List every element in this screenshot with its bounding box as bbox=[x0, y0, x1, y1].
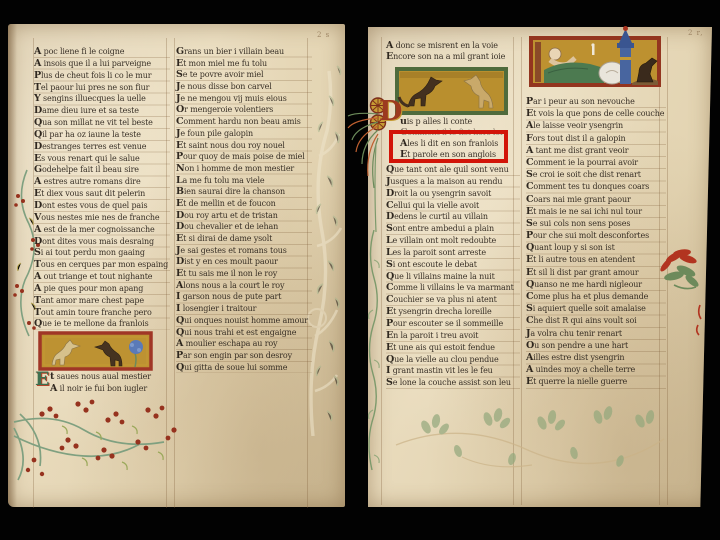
left-page-column-1-bottom: t saues nous aual mestierA il noir ie fu… bbox=[50, 371, 172, 395]
verse-line: Tout amin toure franche pero bbox=[34, 307, 170, 319]
verse-line: Se sui cols non sens poses bbox=[526, 218, 666, 230]
verse-line: A est de la mer cognoissanche bbox=[34, 224, 170, 236]
verse-line: Et une ais qui estoit fendue bbox=[386, 342, 520, 354]
verse-line: Qua son millat ne vit tel beste bbox=[34, 117, 170, 129]
verse-line: Je ne mengou vij muis eious bbox=[176, 93, 312, 105]
verse-line: A poc liene fi le coigne bbox=[34, 46, 170, 58]
verse-line: Non i homme de mon mestier bbox=[176, 163, 312, 175]
verse-line: Si ai tout perdu mon gaaing bbox=[34, 247, 170, 259]
bottom-garland bbox=[392, 405, 668, 477]
verse-line: Couchier se va plus ni atent bbox=[386, 294, 520, 306]
verse-line: Que tant ont ale quil sont venu bbox=[386, 164, 520, 176]
verse-line: Je nous disse bon carvel bbox=[176, 81, 312, 93]
verse-line: A moulier eschapa au roy bbox=[176, 338, 312, 350]
margin-vine-right-page bbox=[366, 230, 382, 480]
verse-line: Et de mellin et de foucon bbox=[176, 198, 312, 210]
verse-line: Quant loup y si son ist bbox=[526, 242, 666, 254]
verse-line: Que la vielle au clou pendue bbox=[386, 354, 520, 366]
pen-flourish-fan bbox=[346, 104, 380, 234]
verse-line: A out triange et tout nighante bbox=[34, 271, 170, 283]
verse-line: Et sil li dist par grant amour bbox=[526, 267, 666, 279]
verse-line: Par son engin par son desroy bbox=[176, 350, 312, 362]
left-page-column-1: A poc liene fi le coigneA insois que il … bbox=[34, 46, 170, 330]
verse-line: t saues nous aual mestier bbox=[50, 371, 172, 383]
verse-line: Encore son na a mil grant ioie bbox=[386, 51, 518, 62]
verse-line: Tel paour lui pres ne son fiur bbox=[34, 82, 170, 94]
verse-line: uis p alles li conte bbox=[400, 116, 518, 127]
verse-line: Plus de cheut fois li co le mur bbox=[34, 70, 170, 82]
verse-line: Et mais ie ne sai ichi nul tour bbox=[526, 206, 666, 218]
right-edge-flower-ornament bbox=[652, 243, 708, 338]
verse-line: Et ysengrin drecha loreille bbox=[386, 306, 520, 318]
verse-line: Quanso ne me hardi nigleour bbox=[526, 279, 666, 291]
verse-line: Che dist R qui ains voult soi bbox=[526, 315, 666, 327]
verse-line: Si ont escoute le debat bbox=[386, 259, 520, 271]
verse-line: Et si dirai de dame ysolt bbox=[176, 233, 312, 245]
verse-line: Et saint nous dou roy nouel bbox=[176, 140, 312, 152]
verse-line: Ailles estre dist ysengrin bbox=[526, 352, 666, 364]
verse-line: Par i peur au son nevouche bbox=[526, 96, 666, 108]
verse-line: Ja volra chu tenir renart bbox=[526, 328, 666, 340]
verse-line: Les la paroit sont arreste bbox=[386, 247, 520, 259]
verse-line: I losengier i traitour bbox=[176, 303, 312, 315]
verse-line: Bien saurai dire la chanson bbox=[176, 186, 312, 198]
verse-line: Qui nous trahi et est engaigne bbox=[176, 327, 312, 339]
miniature-man-in-bed-with-wolf bbox=[528, 26, 662, 88]
verse-line: Qil par ha oz iaune la teste bbox=[34, 129, 170, 141]
verse-line: Pour escouter se il sommeille bbox=[386, 318, 520, 330]
verse-line: Sont entre ambedui a plain bbox=[386, 223, 520, 235]
verse-line: Vous nestes mie nes de franche bbox=[34, 212, 170, 224]
verse-line: Come plus ha et plus demande bbox=[526, 291, 666, 303]
verse-line: Se te povre avoir miel bbox=[176, 69, 312, 81]
verse-line: Et mon miel me fu tolu bbox=[176, 58, 312, 70]
miniature-fox-and-wolf-with-blue-tree bbox=[38, 331, 153, 371]
verse-line: Pour quoy de mais poise de miel bbox=[176, 151, 312, 163]
verse-line: Dedens le curtil au villain bbox=[386, 211, 520, 223]
right-page-column-1-header: A donc se misrent en la voieEncore son n… bbox=[386, 40, 518, 63]
verse-line: Or mengeroie volentiers bbox=[176, 104, 312, 116]
verse-line: Dou chevalier et de iehan bbox=[176, 221, 312, 233]
decorated-initial-d: D bbox=[379, 97, 402, 127]
verse-line: Comment hardu non beau amis bbox=[176, 116, 312, 128]
verse-line: Droit la ou ysengrin savoit bbox=[386, 188, 520, 200]
right-page-column-1: Que tant ont ale quil sont venuJusques a… bbox=[386, 164, 520, 389]
verse-line: Je sai gestes et romans tous bbox=[176, 245, 312, 257]
verse-line: Cellui qui la vielle avoit bbox=[386, 200, 520, 212]
verse-line: Se croi ie soit che dist renart bbox=[526, 169, 666, 181]
verse-line: Ale laisse veoir ysengrin bbox=[526, 120, 666, 132]
verse-line: A pie ques pour mon apang bbox=[34, 283, 170, 295]
verse-line: Es vous renart qui le salue bbox=[34, 153, 170, 165]
right-page-column-2: Par i peur au son nevoucheEt vois la que… bbox=[526, 96, 666, 389]
verse-line: Jusques a la maison au rendu bbox=[386, 176, 520, 188]
verse-line: Dist y en ces moult paour bbox=[176, 256, 312, 268]
verse-line: Y sengins illuecques la uelle bbox=[34, 93, 170, 105]
slide-background: 2 s bbox=[0, 0, 720, 540]
verse-line: Grans un bier i villain beau bbox=[176, 46, 312, 58]
verse-line: Que ie te mellone da franlois bbox=[34, 318, 170, 330]
verse-line: A il noir ie fui bon iugler bbox=[50, 383, 172, 395]
verse-line: Et querre la nielle guerre bbox=[526, 376, 666, 388]
verse-line: Tant amor mare chest pape bbox=[34, 295, 170, 307]
verse-line: A donc se misrent en la voie bbox=[386, 40, 518, 51]
verse-line: Comment tes tu donques coars bbox=[526, 181, 666, 193]
verse-line: I grant mastin vit les le feu bbox=[386, 365, 520, 377]
highlight-annotation-box bbox=[389, 130, 508, 163]
verse-line: Comment ie la pourrai avoir bbox=[526, 157, 666, 169]
verse-line: Comme li villains le va marmant bbox=[386, 282, 520, 294]
verse-line: Dont dites vous mais desraing bbox=[34, 236, 170, 248]
verse-line: Et li autre tous en atendent bbox=[526, 254, 666, 266]
verse-line: En la paroit i treu avoit bbox=[386, 330, 520, 342]
miniature-wolf-meets-fox bbox=[395, 67, 508, 115]
verse-line: Destranges terres est venue bbox=[34, 141, 170, 153]
verse-line: Ou son pendre a une hart bbox=[526, 340, 666, 352]
verse-line: Si aquiert quelle soit amalaise bbox=[526, 303, 666, 315]
verse-line: Et diex vous saut dit pelerin bbox=[34, 188, 170, 200]
verse-line: Godehelpe fait il beau sire bbox=[34, 164, 170, 176]
verse-line: Dont estes vous de quel pais bbox=[34, 200, 170, 212]
verse-line: Coars nai mie grant paour bbox=[526, 194, 666, 206]
verse-line: A uindes moy a chelle terre bbox=[526, 364, 666, 376]
verse-line: Qui onques nouist homme amour bbox=[176, 315, 312, 327]
folio-number-right: 2 r, bbox=[688, 29, 703, 37]
verse-line: La me fu tolu ma viele bbox=[176, 175, 312, 187]
verse-line: Je foun pile galopin bbox=[176, 128, 312, 140]
verse-line: Et tu sais me il non le roy bbox=[176, 268, 312, 280]
verse-line: A estres autre romans dire bbox=[34, 176, 170, 188]
verse-line: Dame dieu iure et sa teste bbox=[34, 105, 170, 117]
verse-line: I garson nous de pute part bbox=[176, 291, 312, 303]
verse-line: Fors tout dist il a galopin bbox=[526, 133, 666, 145]
verse-line: A tant me dist grant veoir bbox=[526, 145, 666, 157]
verse-line: Qui gitta de soue lui somme bbox=[176, 362, 312, 374]
decorated-initial-e: E bbox=[35, 368, 49, 390]
verse-line: Se lone la couche assist son leu bbox=[386, 377, 520, 389]
verse-line: Et vois la que pons de celle couche bbox=[526, 108, 666, 120]
verse-line: Alons nous a la court le roy bbox=[176, 280, 312, 292]
verse-line: Tous en cerques par mon espaing bbox=[34, 259, 170, 271]
verse-line: A insois que il a lui parveigne bbox=[34, 58, 170, 70]
verse-line: Que li villains maine la nuit bbox=[386, 271, 520, 283]
verse-line: Pour che sui molt desconfortes bbox=[526, 230, 666, 242]
verse-line: Dou roy artu et de tristan bbox=[176, 210, 312, 222]
bottom-left-berry-spray bbox=[12, 392, 197, 482]
left-page-column-2: Grans un bier i villain beauEt mon miel … bbox=[176, 46, 312, 373]
verse-line: Le villain ont molt redoubte bbox=[386, 235, 520, 247]
